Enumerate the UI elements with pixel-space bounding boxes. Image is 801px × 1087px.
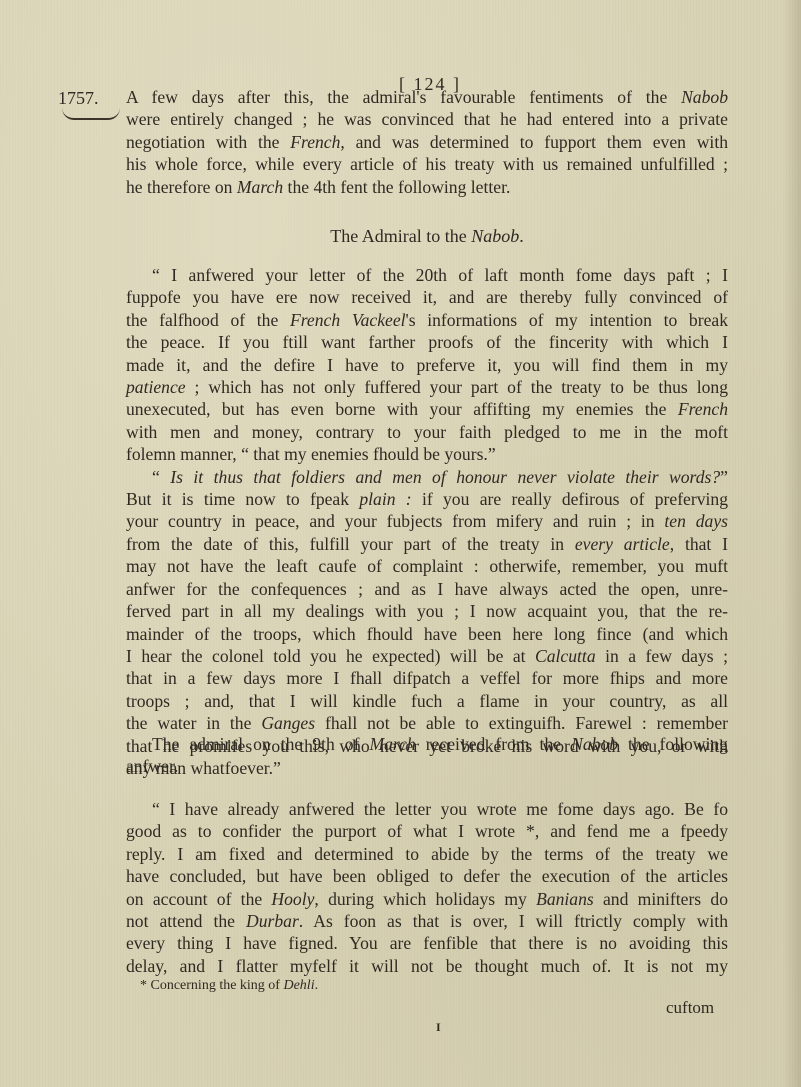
intro-paragraph: A few days after this, the admiral's fav…: [126, 86, 728, 198]
admiral-letter: “ I anfwered your letter of the 20th of …: [126, 264, 728, 779]
italic-text: Nabob: [681, 87, 728, 107]
text-segment: troops ; and, that I will kindle fuch a …: [126, 691, 728, 711]
text-segment: anfwer.: [126, 756, 178, 776]
catchword: cuftom: [666, 998, 714, 1018]
text-line: anfwer for the confequences ; and as I h…: [126, 578, 728, 600]
text-segment: in a few days ;: [596, 646, 728, 666]
text-line: patience ; which has not only fuffered y…: [126, 376, 728, 398]
text-line: “ I anfwered your letter of the 20th of …: [126, 264, 728, 286]
text-segment: , that I: [670, 534, 728, 554]
text-line: on account of the Hooly, during which ho…: [126, 888, 728, 910]
text-segment: made it, and the defire I have to prefer…: [126, 355, 728, 375]
signature-mark: I: [436, 1020, 441, 1035]
text-line: “ I have already anfwered the letter you…: [126, 798, 728, 820]
text-segment: the falfhood of the: [126, 310, 290, 330]
text-segment: A few days after this, the admiral's fav…: [126, 87, 681, 107]
text-segment: received from the: [416, 734, 571, 754]
text-segment: “ I have already anfwered the letter you…: [152, 799, 728, 819]
italic-text: March: [237, 177, 283, 197]
text-segment: The admiral on the 9th of: [152, 734, 369, 754]
italic-text: French: [290, 132, 340, 152]
text-segment: the peace. If you ftill want farther pro…: [126, 332, 728, 352]
text-line: were entirely changed ; he was convinced…: [126, 108, 728, 130]
text-segment: his whole force, while every article of …: [126, 154, 728, 174]
italic-text: French Vackeel: [290, 310, 406, 330]
text-segment: unexecuted, but has even borne with your…: [126, 399, 678, 419]
heading-italic: Nabob: [471, 226, 519, 246]
text-segment: negotiation with the: [126, 132, 290, 152]
italic-text: ten days: [664, 511, 728, 531]
text-segment: from the date of this, fulfill your part…: [126, 534, 575, 554]
text-line: delay, and I flatter myfelf it will not …: [126, 955, 728, 977]
text-line: not attend the Durbar. As foon as that i…: [126, 910, 728, 932]
text-segment: anfwer for the confequences ; and as I h…: [126, 579, 728, 599]
text-segment: your country in peace, and your fubjects…: [126, 511, 664, 531]
text-line: he therefore on March the 4th fent the f…: [126, 176, 728, 198]
text-segment: the following: [618, 734, 728, 754]
italic-text: March: [369, 734, 415, 754]
text-segment: good as to confider the purport of what …: [126, 821, 728, 841]
text-line: folemn manner, “ that my enemies fhould …: [126, 443, 728, 465]
text-line: But it is time now to fpeak plain : if y…: [126, 488, 728, 510]
text-line: his whole force, while every article of …: [126, 153, 728, 175]
text-line: the falfhood of the French Vackeel's inf…: [126, 309, 728, 331]
text-line: anfwer.: [126, 755, 728, 777]
book-page: [ 124 ] 1757. A few days after this, the…: [0, 0, 801, 1087]
text-segment: I hear the colonel told you he expected)…: [126, 646, 535, 666]
answer-paragraph: The admiral on the 9th of March received…: [126, 733, 728, 778]
italic-text: Calcutta: [535, 646, 596, 666]
text-line: have concluded, but have been obliged to…: [126, 865, 728, 887]
text-segment: 's informations of my intention to break: [406, 310, 728, 330]
text-line: reply. I am fixed and determined to abid…: [126, 843, 728, 865]
text-segment: But it is time now to fpeak: [126, 489, 359, 509]
text-segment: every thing I have figned. You are fenfi…: [126, 933, 728, 953]
text-segment: have concluded, but have been obliged to…: [126, 866, 728, 886]
italic-text: Is it thus that foldiers and men of hono…: [170, 467, 720, 487]
text-segment: . As foon as that is over, I will ftrict…: [299, 911, 728, 931]
italic-text: Ganges: [261, 713, 315, 733]
text-line: may not have the leaft caufe of complain…: [126, 555, 728, 577]
text-segment: , during which holidays my: [314, 889, 536, 909]
text-line: negotiation with the French, and was det…: [126, 131, 728, 153]
text-segment: on account of the: [126, 889, 271, 909]
text-line: I hear the colonel told you he expected)…: [126, 645, 728, 667]
text-segment: ”: [720, 467, 728, 487]
text-segment: ; which has not only fuffered your part …: [186, 377, 728, 397]
text-segment: were entirely changed ; he was convinced…: [126, 109, 728, 129]
text-segment: ferved part in all my dealings with you …: [126, 601, 728, 621]
italic-text: Hooly: [271, 889, 314, 909]
text-line: mainder of the troops, which fhould have…: [126, 623, 728, 645]
margin-year-note: 1757.: [58, 88, 99, 109]
footnote-suffix: .: [315, 978, 319, 993]
italic-text: plain :: [359, 489, 411, 509]
text-segment: mainder of the troops, which fhould have…: [126, 624, 728, 644]
text-line: made it, and the defire I have to prefer…: [126, 354, 728, 376]
text-segment: may not have the leaft caufe of complain…: [126, 556, 728, 576]
text-segment: , and was determined to fupport them eve…: [340, 132, 728, 152]
text-segment: “ I anfwered your letter of the 20th of …: [152, 265, 728, 285]
text-line: unexecuted, but has even borne with your…: [126, 398, 728, 420]
italic-text: patience: [126, 377, 186, 397]
heading-prefix: The Admiral to the: [330, 226, 471, 246]
text-line: ferved part in all my dealings with you …: [126, 600, 728, 622]
text-segment: if you are really defirous of preferving: [412, 489, 728, 509]
nabob-letter: “ I have already anfwered the letter you…: [126, 798, 728, 977]
heading-suffix: .: [519, 226, 524, 246]
footnote: * Concerning the king of Dehli.: [140, 978, 318, 994]
text-segment: delay, and I flatter myfelf it will not …: [126, 956, 728, 976]
text-line: good as to confider the purport of what …: [126, 820, 728, 842]
text-segment: fuppofe you have ere now received it, an…: [126, 287, 728, 307]
letter-heading: The Admiral to the Nabob.: [126, 226, 728, 247]
text-line: the peace. If you ftill want farther pro…: [126, 331, 728, 353]
text-segment: and minifters do: [594, 889, 728, 909]
footnote-italic: Dehli: [283, 978, 314, 993]
text-segment: not attend the: [126, 911, 246, 931]
text-line: with men and money, contrary to your fai…: [126, 421, 728, 443]
text-line: every thing I have figned. You are fenfi…: [126, 932, 728, 954]
text-line: that in a few days more I fhall difpatch…: [126, 667, 728, 689]
italic-text: Nabob: [571, 734, 618, 754]
text-segment: with men and money, contrary to your fai…: [126, 422, 728, 442]
text-segment: the water in the: [126, 713, 261, 733]
text-line: troops ; and, that I will kindle fuch a …: [126, 690, 728, 712]
footnote-text: * Concerning the king of: [140, 978, 283, 993]
text-line: fuppofe you have ere now received it, an…: [126, 286, 728, 308]
text-segment: the 4th fent the following letter.: [283, 177, 510, 197]
text-segment: fhall not be able to extinguifh. Farewel…: [315, 713, 728, 733]
italic-text: Banians: [536, 889, 594, 909]
text-segment: reply. I am fixed and determined to abid…: [126, 844, 728, 864]
margin-brace-icon: [62, 108, 120, 120]
text-line: A few days after this, the admiral's fav…: [126, 86, 728, 108]
text-line: “ Is it thus that foldiers and men of ho…: [126, 466, 728, 488]
italic-text: every article: [575, 534, 670, 554]
text-segment: he therefore on: [126, 177, 237, 197]
page-edge-shadow: [783, 0, 801, 1087]
text-line: your country in peace, and your fubjects…: [126, 510, 728, 532]
text-segment: that in a few days more I fhall difpatch…: [126, 668, 728, 688]
text-segment: “: [152, 467, 170, 487]
text-segment: folemn manner, “ that my enemies fhould …: [126, 444, 496, 464]
italic-text: Durbar: [246, 911, 299, 931]
text-line: The admiral on the 9th of March received…: [126, 733, 728, 755]
text-line: from the date of this, fulfill your part…: [126, 533, 728, 555]
italic-text: French: [678, 399, 728, 419]
text-line: the water in the Ganges fhall not be abl…: [126, 712, 728, 734]
